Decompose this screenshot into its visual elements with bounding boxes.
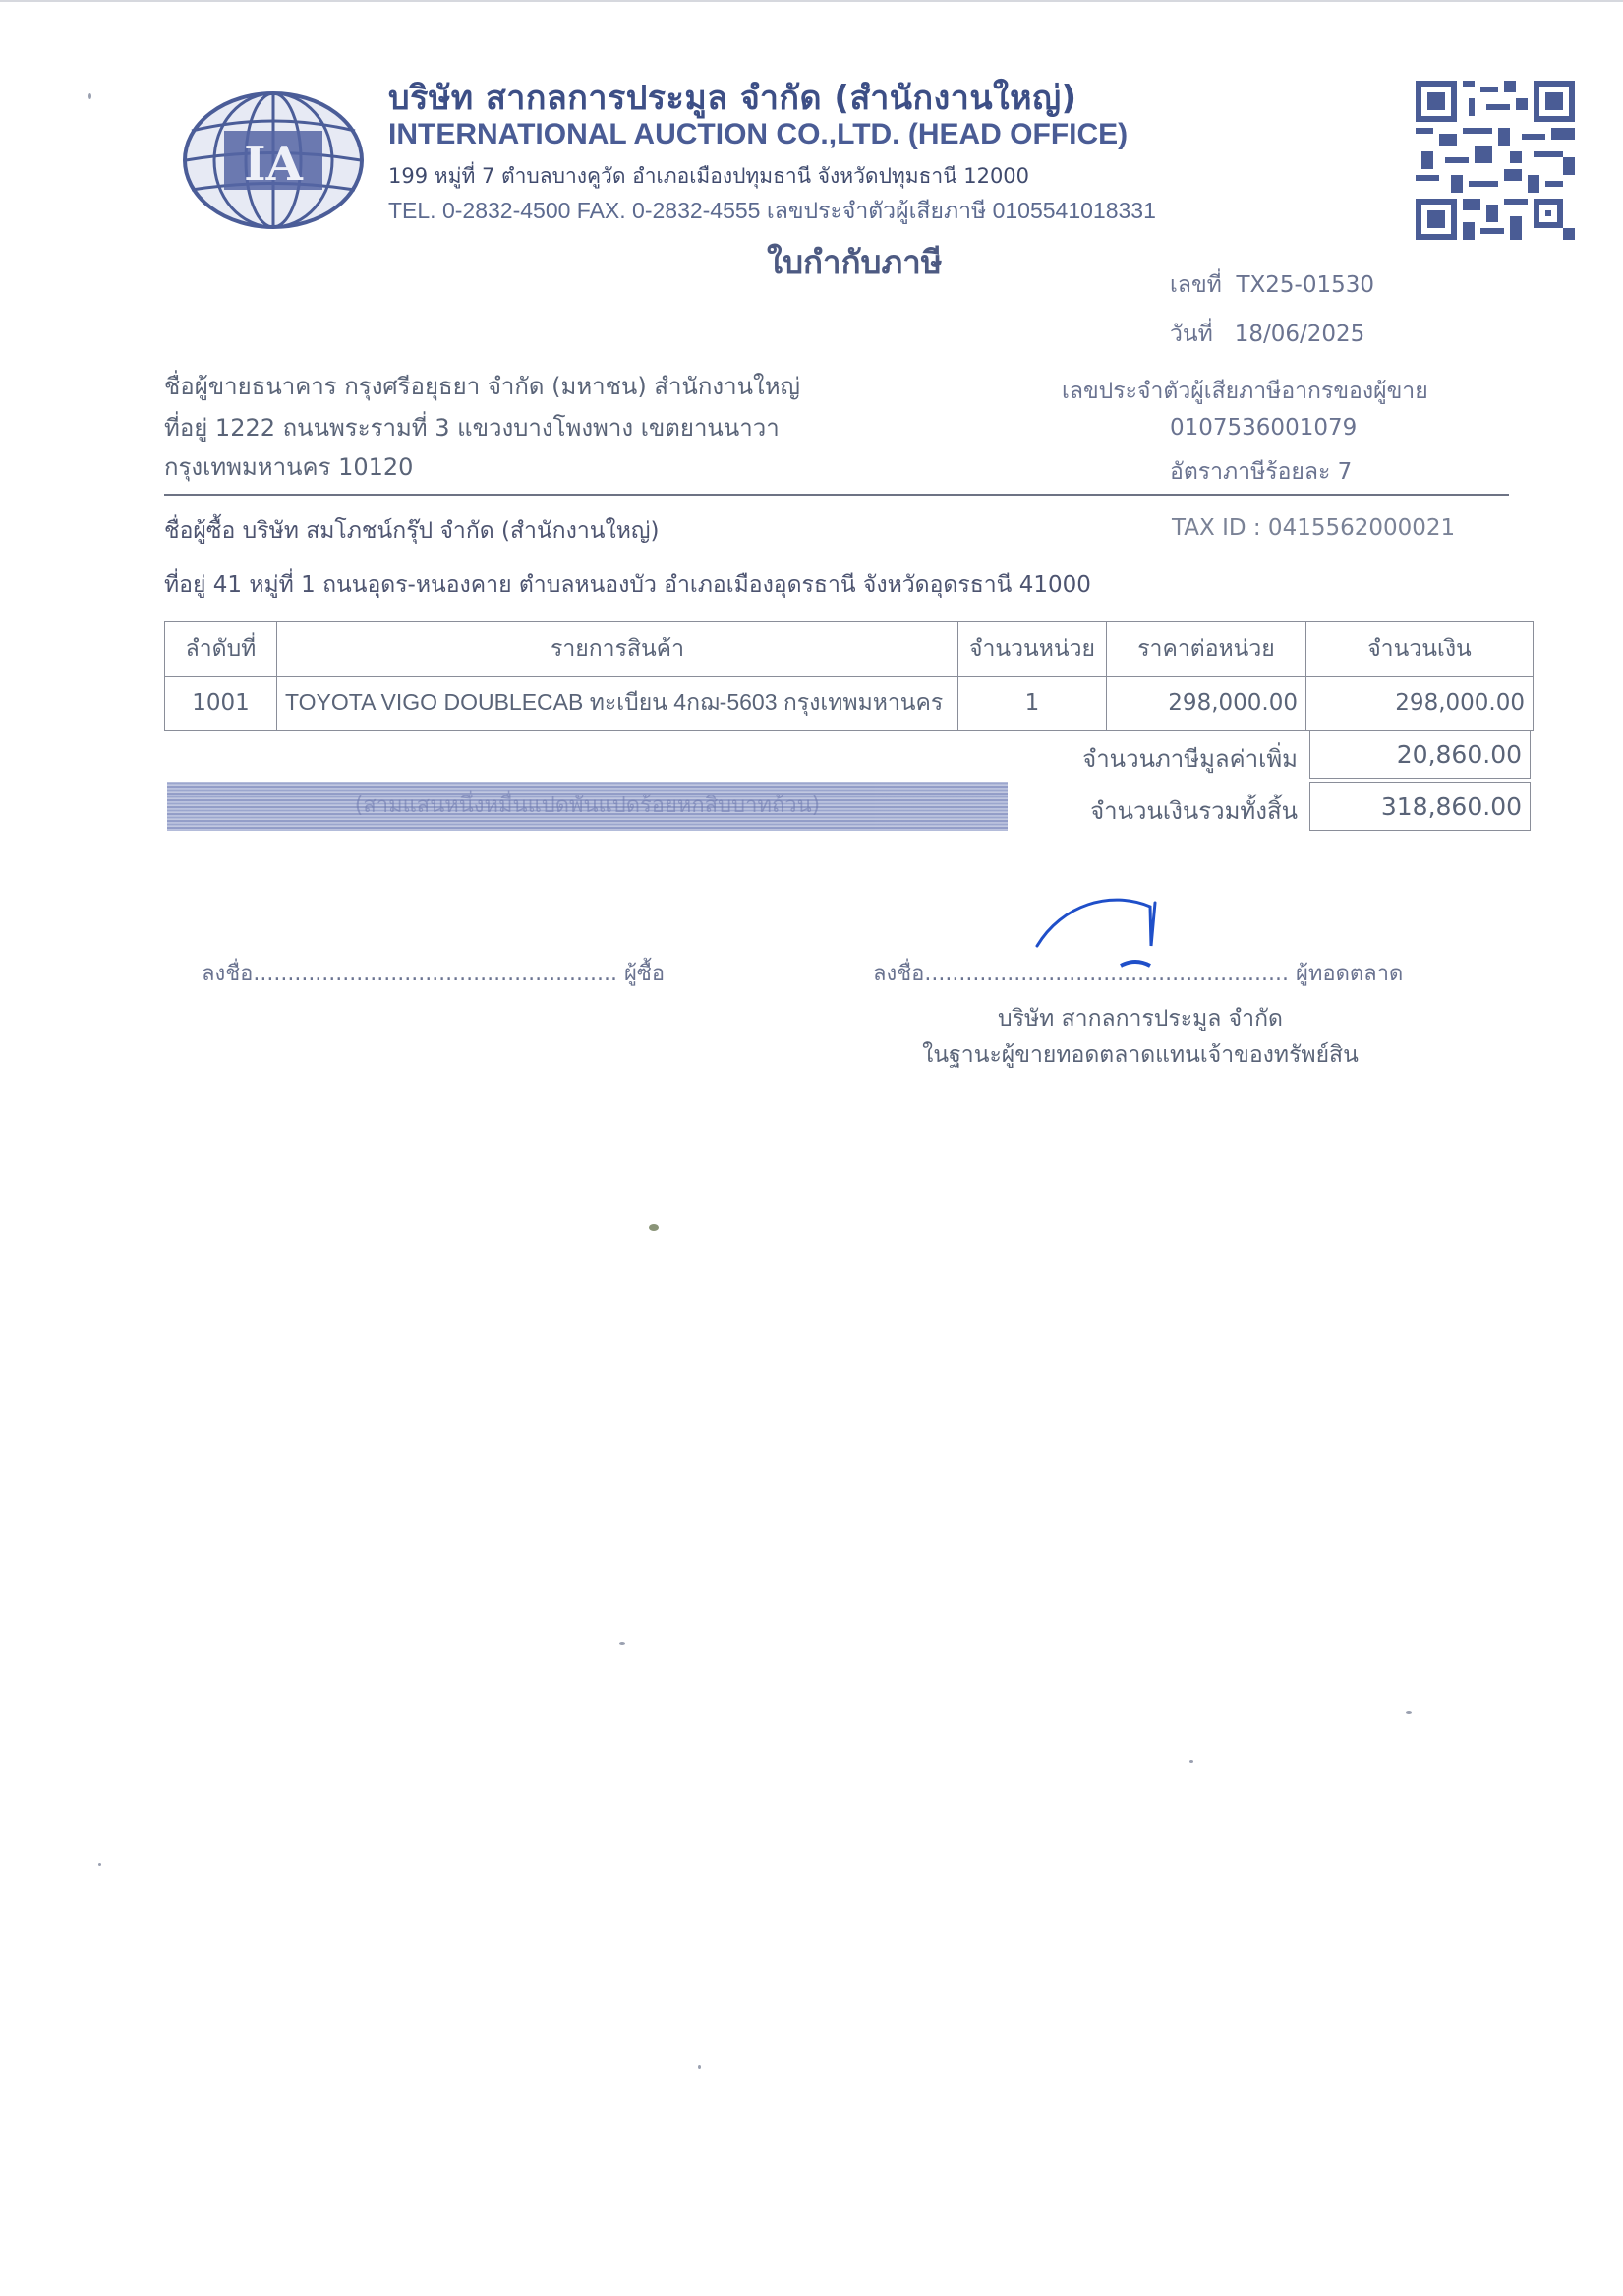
header-unit-price: ราคาต่อหน่วย xyxy=(1107,622,1306,677)
scan-speck xyxy=(1189,1760,1193,1763)
vat-amount: 20,860.00 xyxy=(1309,730,1531,779)
scan-speck xyxy=(88,93,91,99)
header-amount: จำนวนเงิน xyxy=(1306,622,1534,677)
amount-in-words-bar: (สามแสนหนึ่งหมื่นแปดพันแปดร้อยหกสิบบาทถ้… xyxy=(167,782,1008,831)
row-description: TOYOTA VIGO DOUBLECAB ทะเบียน 4กฌ-5603 ก… xyxy=(277,677,958,731)
document-number-value: TX25-01530 xyxy=(1236,272,1374,298)
svg-text:IA: IA xyxy=(244,137,303,192)
header-description: รายการสินค้า xyxy=(277,622,958,677)
row-amount: 298,000.00 xyxy=(1306,677,1534,731)
seller-tax-label: เลขประจำตัวผู้เสียภาษีอากรของผู้ขาย xyxy=(1062,374,1428,409)
seller-tax-id: 0107536001079 xyxy=(1170,415,1357,441)
company-address: 199 หมู่ที่ 7 ตำบลบางคูวัด อำเภอเมืองปทุ… xyxy=(388,160,1029,193)
qr-code-icon xyxy=(1416,81,1575,240)
row-qty: 1 xyxy=(958,677,1107,731)
document-title: ใบกำกับภาษี xyxy=(767,236,943,288)
table-row: 1001 TOYOTA VIGO DOUBLECAB ทะเบียน 4กฌ-5… xyxy=(165,677,1534,731)
auctioneer-company: บริษัท สากลการประมูล จำกัด xyxy=(885,1001,1396,1036)
row-unit-price: 298,000.00 xyxy=(1107,677,1306,731)
scan-speck xyxy=(698,2065,701,2069)
items-table: ลำดับที่ รายการสินค้า จำนวนหน่วย ราคาต่อ… xyxy=(164,621,1534,731)
scan-speck xyxy=(619,1642,625,1645)
amount-in-words: (สามแสนหนึ่งหมื่นแปดพันแปดร้อยหกสิบบาทถ้… xyxy=(167,782,1008,831)
company-logo-globe-icon: IA xyxy=(180,87,367,234)
auctioneer-capacity: ในฐานะผู้ขายทอดตลาดแทนเจ้าของทรัพย์สิน xyxy=(865,1037,1416,1073)
scan-speck xyxy=(98,1863,101,1866)
header-qty: จำนวนหน่วย xyxy=(958,622,1107,677)
scan-edge-line xyxy=(0,0,1623,2)
section-divider xyxy=(164,494,1509,496)
document-number: เลขที่ TX25-01530 xyxy=(1170,267,1374,303)
handwritten-signature xyxy=(1027,885,1224,973)
company-name-thai: บริษัท สากลการประมูล จำกัด (สำนักงานใหญ่… xyxy=(388,71,1077,124)
scan-speck xyxy=(649,1224,659,1231)
tax-rate: อัตราภาษีร้อยละ 7 xyxy=(1170,454,1352,490)
company-contact: TEL. 0-2832-4500 FAX. 0-2832-4555 เลขประ… xyxy=(388,194,1156,229)
seller-address-line1: ที่อยู่ 1222 ถนนพระรามที่ 3 แขวงบางโพงพา… xyxy=(164,408,780,446)
grand-total-label: จำนวนเงินรวมทั้งสิ้น xyxy=(973,792,1298,830)
row-no: 1001 xyxy=(165,677,277,731)
grand-total-amount: 318,860.00 xyxy=(1309,782,1531,831)
seller-name: ชื่อผู้ขายธนาคาร กรุงศรีอยุธยา จำกัด (มห… xyxy=(164,367,800,405)
buyer-address: ที่อยู่ 41 หมู่ที่ 1 ถนนอุดร-หนองคาย ตำบ… xyxy=(164,567,1091,603)
company-name-english: INTERNATIONAL AUCTION CO.,LTD. (HEAD OFF… xyxy=(388,118,1128,151)
document-date: วันที่ 18/06/2025 xyxy=(1170,317,1364,352)
buyer-name: ชื่อผู้ซื้อ บริษัท สมโภชน์กรุ๊ป จำกัด (ส… xyxy=(164,513,659,549)
header-no: ลำดับที่ xyxy=(165,622,277,677)
buyer-tax-id: TAX ID : 0415562000021 xyxy=(1172,515,1455,541)
seller-address-line2: กรุงเทพมหานคร 10120 xyxy=(164,447,413,486)
scan-speck xyxy=(1406,1711,1412,1714)
document-date-value: 18/06/2025 xyxy=(1235,322,1365,347)
vat-label: จำนวนภาษีมูลค่าเพิ่ม xyxy=(973,739,1298,778)
table-header-row: ลำดับที่ รายการสินค้า จำนวนหน่วย ราคาต่อ… xyxy=(165,622,1534,677)
buyer-signature-line: ลงชื่อ..................................… xyxy=(202,956,665,990)
